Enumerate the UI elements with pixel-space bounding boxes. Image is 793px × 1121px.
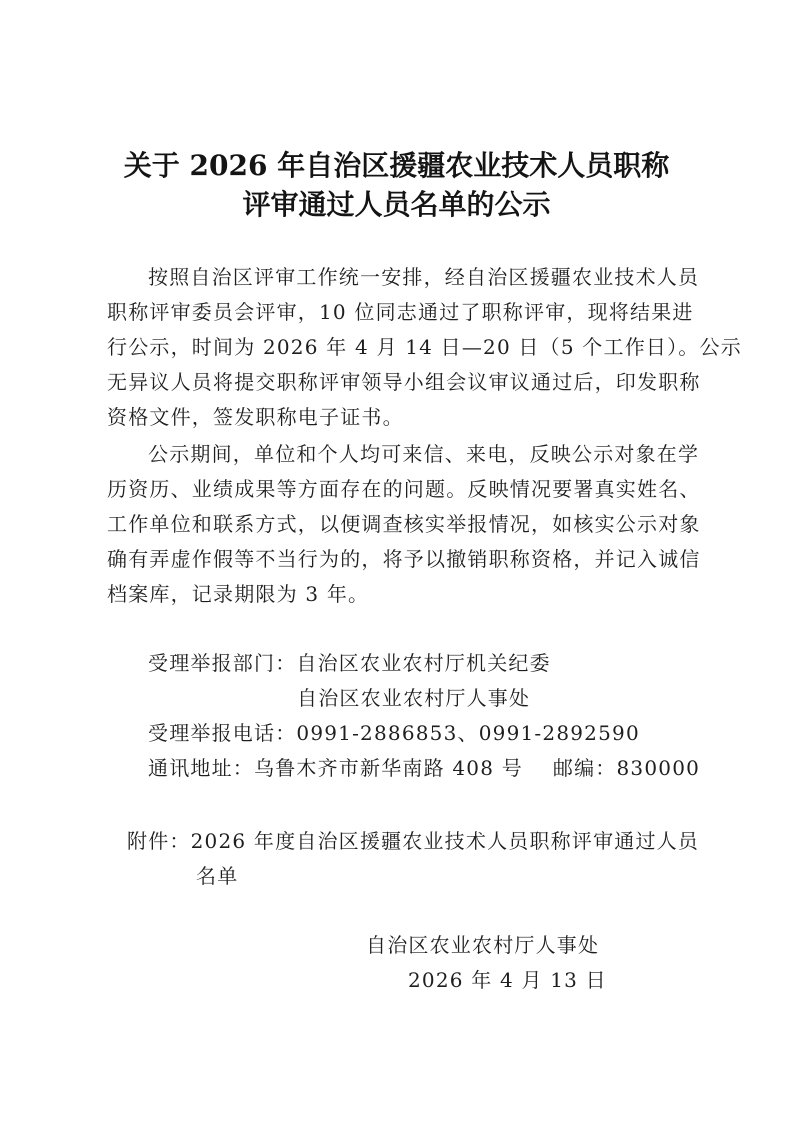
attachment-text-cont: 名单 [196,863,238,889]
issuer: 自治区农业农村厅人事处 [366,932,599,958]
paragraph-2-line: 公示期间，单位和个人均可来信、来电，反映公示对象在学 [148,441,699,467]
document-title-line-2: 评审通过人员名单的公示 [0,186,793,224]
report-department-1: 自治区农业农村厅机关纪委 [296,651,550,675]
report-department-2: 自治区农业农村厅人事处 [297,685,530,711]
attachment-row: 附件：2026 年度自治区援疆农业技术人员职称评审通过人员 [127,828,699,854]
paragraph-2-line: 档案库，记录期限为 3 年。 [107,581,369,607]
document-title-line-1: 关于 2026 年自治区援疆农业技术人员职称 [0,147,793,185]
paragraph-1-line: 职称评审委员会评审，10 位同志通过了职称评审，现将结果进 [107,299,694,325]
paragraph-1-line: 行公示，时间为 2026 年 4 月 14 日—20 日（5 个工作日）。公示 [107,334,742,360]
report-phone-row: 受理举报电话：0991-2886853、0991-2892590 [148,720,640,746]
issue-date: 2026 年 4 月 13 日 [408,967,607,993]
paragraph-2-line: 工作单位和联系方式，以便调查核实举报情况，如核实公示对象 [107,511,701,537]
address-label: 通讯地址： [148,756,254,780]
attachment-label: 附件： [127,829,191,853]
address-row: 通讯地址：乌鲁木齐市新华南路 408 号邮编：830000 [148,755,700,781]
postcode-value: 830000 [617,756,701,780]
attachment-text: 2026 年度自治区援疆农业技术人员职称评审通过人员 [191,829,699,853]
paragraph-1-line: 按照自治区评审工作统一安排，经自治区援疆农业技术人员 [148,264,699,290]
report-department-row: 受理举报部门：自治区农业农村厅机关纪委 [148,650,551,676]
paragraph-1-line: 资格文件，签发职称电子证书。 [107,404,404,430]
postcode-label: 邮编： [553,756,617,780]
report-phone-label: 受理举报电话： [148,721,296,745]
address-value: 乌鲁木齐市新华南路 408 号 [254,756,523,780]
report-phone-value: 0991-2886853、0991-2892590 [296,721,639,745]
paragraph-1-line: 无异议人员将提交职称评审领导小组会议审议通过后，印发职称 [107,369,701,395]
report-department-label: 受理举报部门： [148,651,296,675]
paragraph-2-line: 确有弄虚作假等不当行为的，将予以撤销职称资格，并记入诚信 [107,546,701,572]
document-page: 关于 2026 年自治区援疆农业技术人员职称 评审通过人员名单的公示 按照自治区… [0,0,793,1121]
paragraph-2-line: 历资历、业绩成果等方面存在的问题。反映情况要署真实姓名、 [107,476,701,502]
